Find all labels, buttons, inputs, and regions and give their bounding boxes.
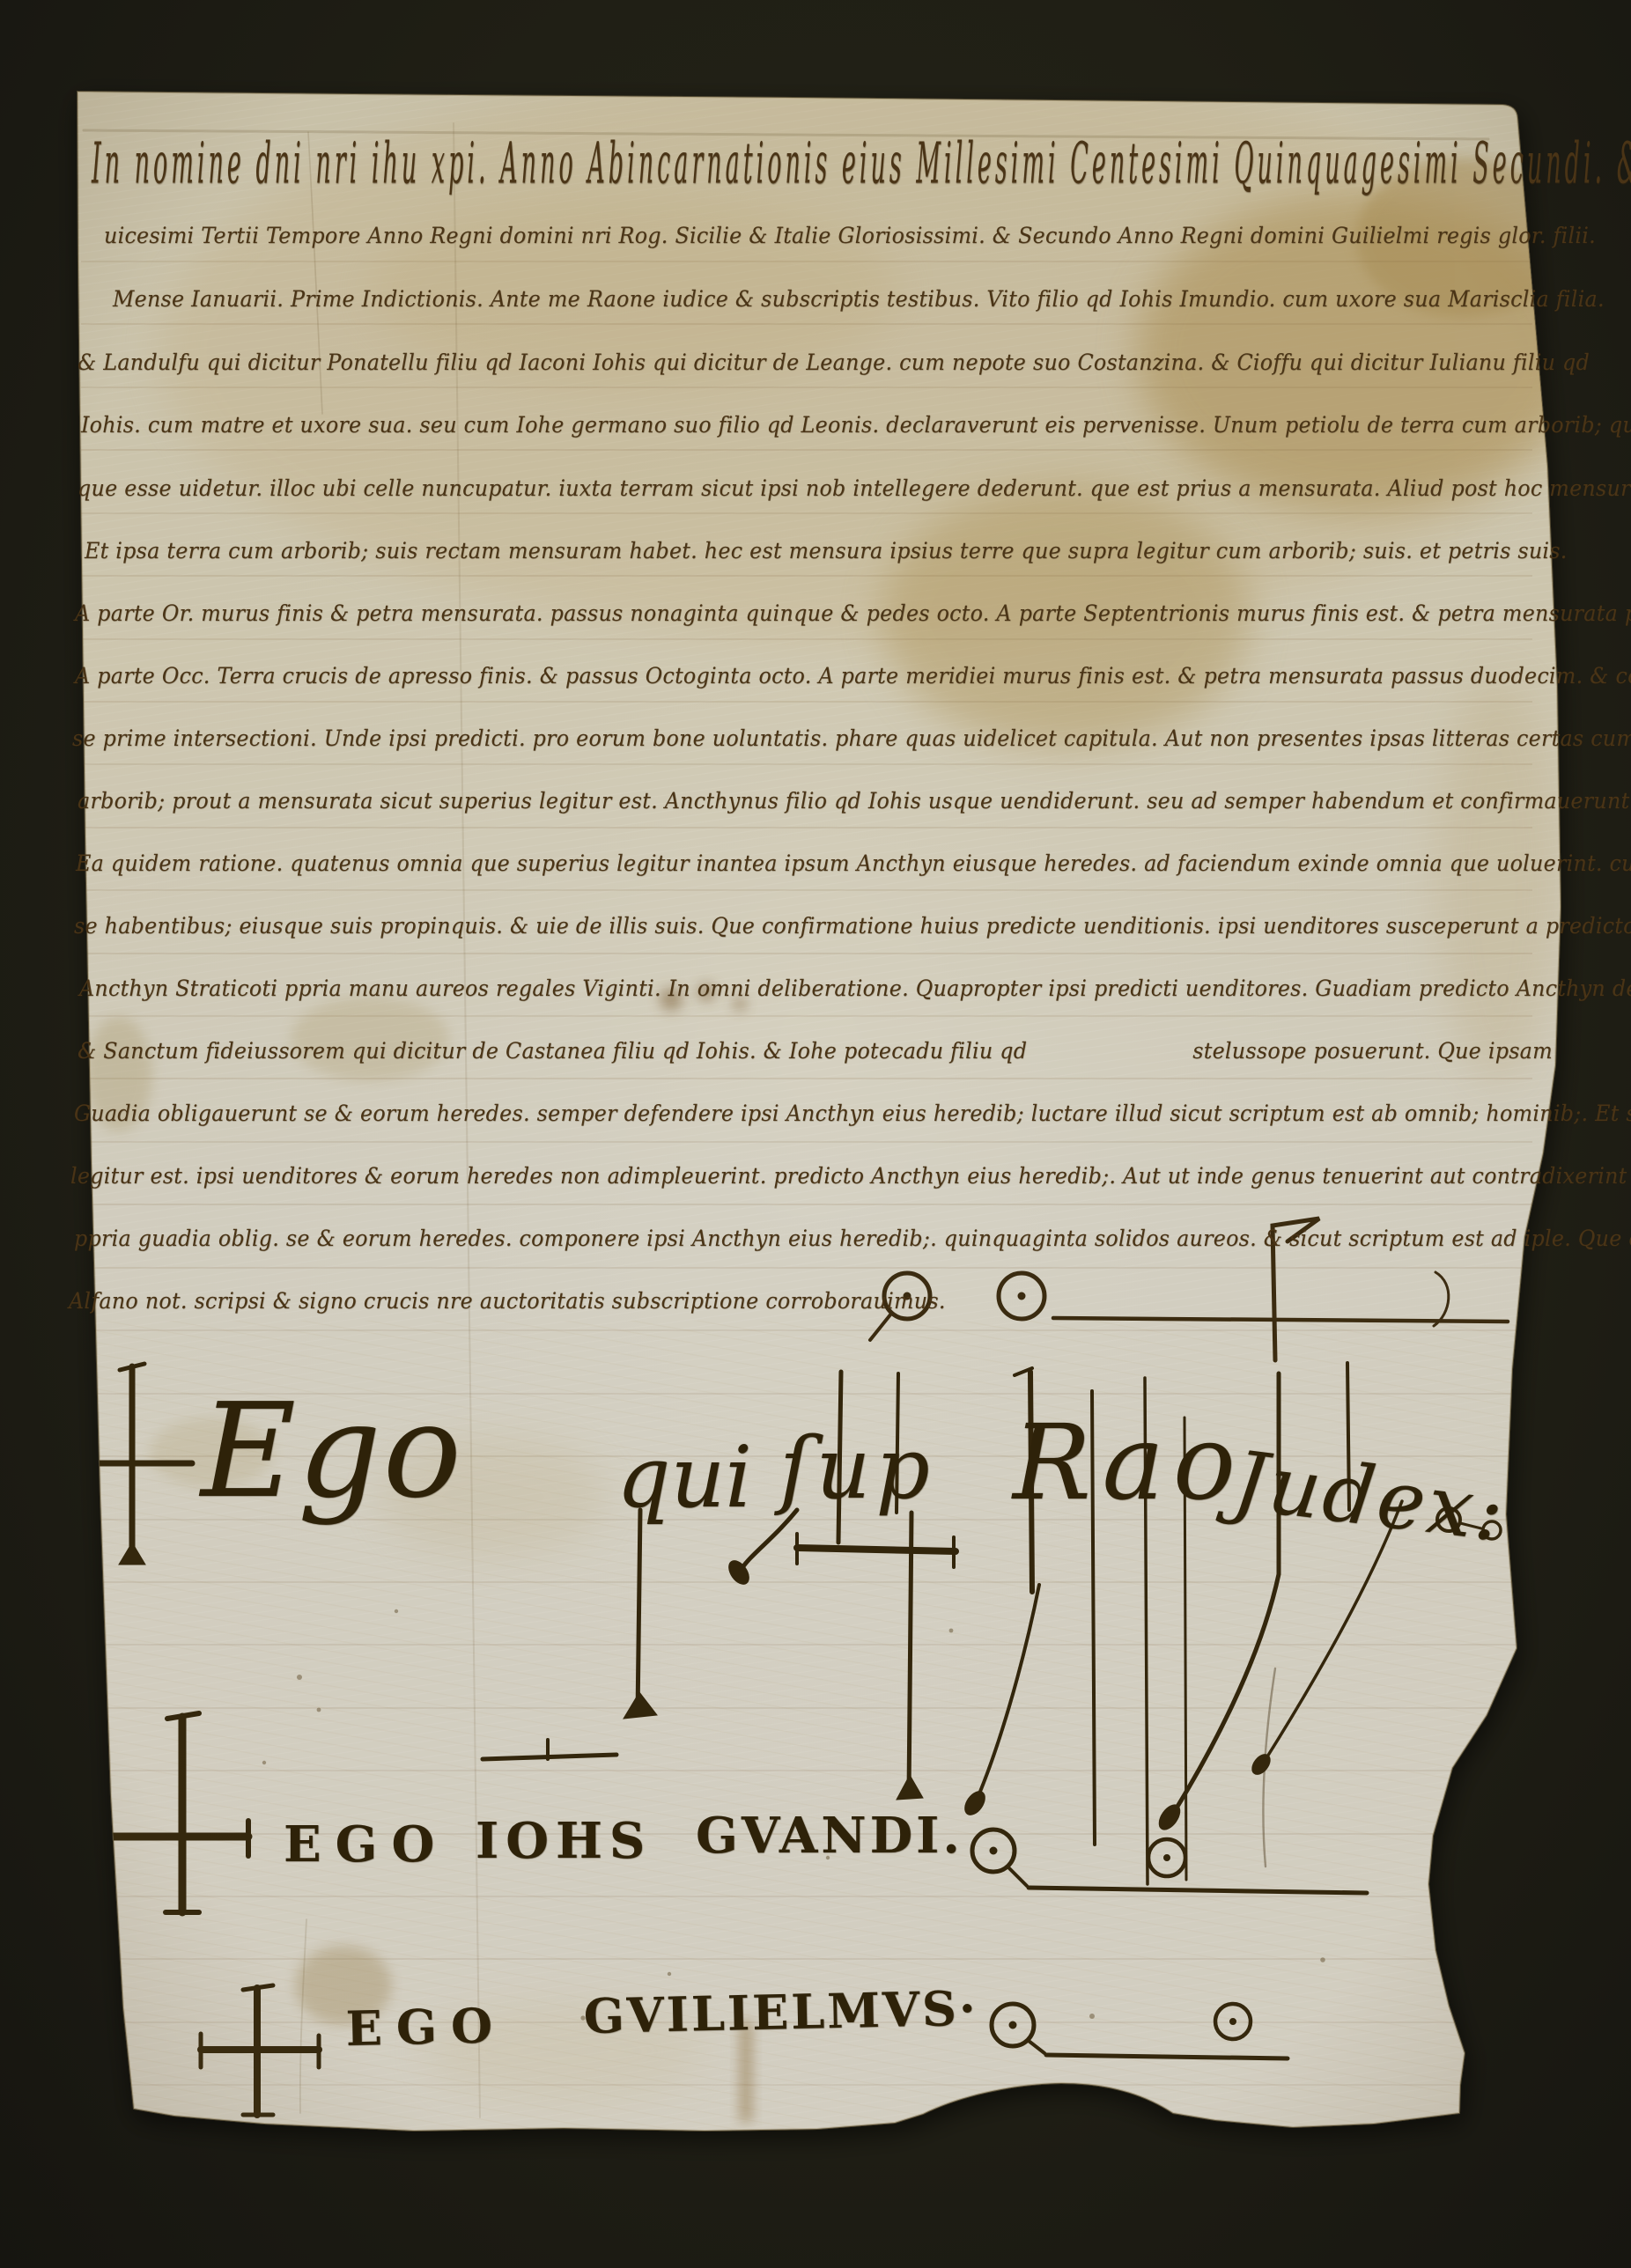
manuscript-line: Guadia obligauerunt se & eorum heredes. … (74, 1101, 1631, 1126)
manuscript-line: que esse uidetur. illoc ubi celle nuncup… (77, 475, 1631, 501)
subscription-word: EGO (284, 1815, 448, 1874)
manuscript-line: se habentibus; eiusque suis propinquis. … (74, 913, 1631, 939)
manuscript-line: Et ipsa terra cum arborib; suis rectam m… (85, 538, 1568, 563)
subscription-word: Ego (201, 1375, 463, 1527)
manuscript-line: ppria guadia oblig. se & eorum heredes. … (74, 1226, 1631, 1251)
parchment-graphic (0, 0, 1631, 2268)
manuscript-photo: In nomine dni nri ihu xpi. Anno Abincarn… (0, 0, 1631, 2268)
subscription-word: GVILIELMVS· (583, 1980, 978, 2044)
manuscript-line: Ea quidem ratione. quatenus omnia que su… (76, 850, 1631, 876)
manuscript-line: In nomine dni nri ihu xpi. Anno Abincarn… (92, 132, 1631, 197)
manuscript-line: A parte Occ. Terra crucis de apresso fin… (75, 663, 1631, 688)
subscription-word: Rao (1013, 1402, 1244, 1523)
manuscript-line: arborib; prout a mensurata sicut superiu… (77, 788, 1631, 814)
manuscript-line: legitur est. ipsi uenditores & eorum her… (70, 1163, 1631, 1189)
subscription-word: ſup (779, 1419, 935, 1518)
manuscript-line: & Sanctum fideiussorem qui dicitur de Ca… (77, 1038, 1553, 1064)
subscription-word: EGO (345, 1997, 507, 2057)
manuscript-line: uicesimi Tertii Tempore Anno Regni domin… (104, 223, 1596, 248)
subscription-word: GVANDI. (696, 1807, 963, 1865)
manuscript-line: & Landulfu qui dicitur Ponatellu filiu q… (77, 350, 1590, 375)
manuscript-line: A parte Or. murus finis & petra mensurat… (75, 600, 1631, 626)
manuscript-line: Mense Ianuarii. Prime Indictionis. Ante … (113, 286, 1605, 312)
subscription-word: IOHS (476, 1812, 652, 1870)
manuscript-line: Ancthyn Straticoti ppria manu aureos reg… (79, 976, 1631, 1001)
manuscript-line: Alfano not. scripsi & signo crucis nre a… (69, 1288, 946, 1314)
manuscript-line: se prime intersectioni. Unde ipsi predic… (72, 725, 1631, 751)
manuscript-line: Iohis. cum matre et uxore sua. seu cum I… (81, 412, 1631, 438)
subscription-word: qui (616, 1428, 752, 1527)
